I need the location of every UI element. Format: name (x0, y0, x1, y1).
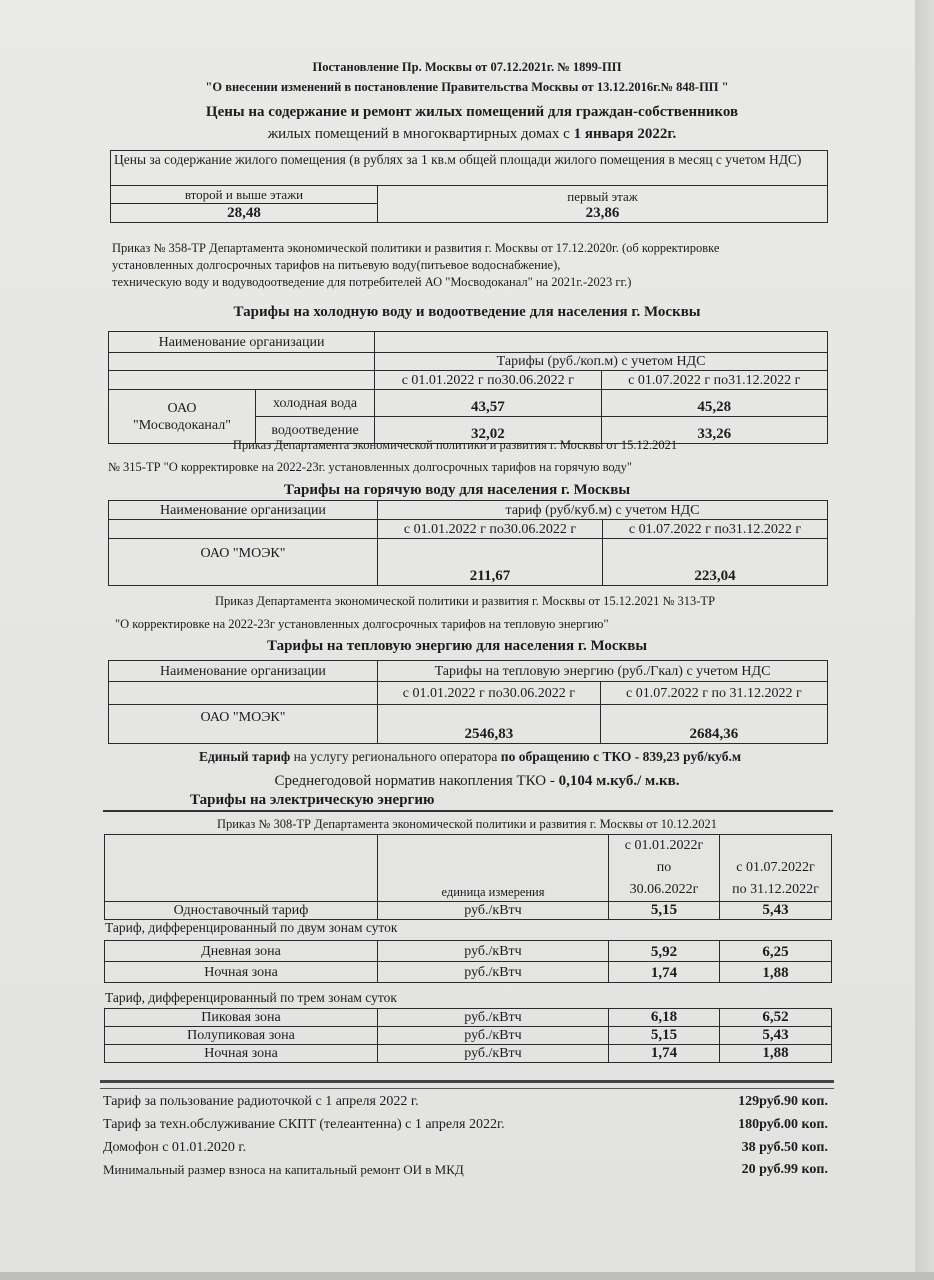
period-line: по (612, 857, 716, 879)
tko-bold: Единый тариф (199, 749, 290, 764)
zone-name: Пиковая зона (105, 1009, 378, 1027)
single-rate-value-1: 5,15 (609, 902, 720, 920)
page-bottom-edge (0, 1272, 934, 1280)
org-header: Наименование организации (109, 501, 378, 520)
other-value-antenna: 180руб.00 коп. (600, 1117, 828, 1133)
order-line: Приказ № 358-ТР Департамента экономическ… (112, 240, 832, 257)
hot-water-value-2: 223,04 (603, 539, 828, 586)
heat-order-2: "О корректировке на 2022-23г установленн… (115, 617, 835, 632)
zone-value-2: 6,52 (720, 1009, 832, 1027)
zone-value-2: 6,25 (720, 941, 832, 962)
order-line: установленных долгосрочных тарифов на пи… (112, 257, 832, 274)
empty-cell (109, 371, 375, 390)
org-name: ОАО "МОЭК" (109, 539, 378, 586)
tko-norm: Среднегодовой норматив накопления ТКО - … (110, 773, 844, 790)
period-1-header: с 01.01.2022г по 30.06.2022г (609, 835, 720, 902)
tko-norm-value: 0,104 м.куб./ м.кв. (559, 773, 680, 789)
title-date: 1 января 2022г. (574, 126, 677, 142)
single-rate-name: Одноставочный тариф (105, 902, 378, 920)
org-name: ОАО "МОЭК" (109, 705, 378, 744)
org-header: Наименование организации (109, 661, 378, 682)
zone-unit: руб./кВтч (378, 1027, 609, 1045)
tko-norm-text: Среднегодовой норматив накопления ТКО - (275, 773, 559, 789)
single-rate-unit: руб./кВтч (378, 902, 609, 920)
first-floor-value: 23,86 (381, 205, 824, 222)
org-name-line: ОАО (112, 400, 252, 417)
three-zone-table: Пиковая зона руб./кВтч 6,18 6,52 Полупик… (104, 1008, 832, 1063)
upper-floors-value: 28,48 (111, 204, 378, 223)
hot-water-title: Тарифы на горячую воду для населения г. … (90, 482, 824, 499)
electricity-table: единица измерения с 01.01.2022г по 30.06… (104, 834, 832, 920)
period-1: с 01.01.2022 г по30.06.2022 г (375, 371, 601, 390)
cold-water-value-1: 43,57 (375, 390, 601, 417)
unit-header: единица измерения (378, 835, 609, 902)
period-line: с 01.01.2022г (612, 835, 716, 857)
order-line: техническую воду и водуводоотведение для… (112, 274, 832, 291)
service-cold-water: холодная вода (256, 390, 375, 417)
other-value-intercom: 38 руб.50 коп. (600, 1140, 828, 1156)
tko-tariff: Единый тариф на услугу регионального опе… (100, 749, 840, 765)
two-zone-table: Дневная зона руб./кВтч 5,92 6,25 Ночная … (104, 940, 832, 983)
heat-value-1: 2546,83 (378, 705, 601, 744)
period-2: с 01.07.2022 г по31.12.2022 г (601, 371, 827, 390)
tariff-header (375, 332, 828, 353)
zone-value-2: 1,88 (720, 1045, 832, 1063)
single-rate-value-2: 5,43 (720, 902, 832, 920)
zone-unit: руб./кВтч (378, 962, 609, 983)
double-divider (100, 1080, 834, 1089)
tko-text: на услугу регионального оператора (290, 749, 501, 764)
maintenance-table: Цены за содержание жилого помещения (в р… (110, 150, 828, 223)
other-label-antenna: Тариф за техн.обслуживание СКПТ (телеант… (103, 1117, 505, 1133)
col-upper-floors: второй и выше этажи (111, 186, 378, 204)
other-label-intercom: Домофон с 01.01.2020 г. (103, 1140, 246, 1156)
tariff-header-text: Тарифы (руб./коп.м) с учетом НДС (375, 353, 828, 371)
zone-value-2: 1,88 (720, 962, 832, 983)
other-value-capital-repair: 20 руб.99 коп. (600, 1162, 828, 1178)
page-edge (915, 0, 934, 1280)
other-label-capital-repair: Минимальный размер взноса на капитальный… (103, 1162, 464, 1178)
col-first-floor: первый этаж 23,86 (378, 186, 828, 223)
tko-price: по обращению с ТКО - 839,23 руб/куб.м (501, 749, 741, 764)
divider (103, 810, 833, 812)
zone-value-1: 1,74 (609, 1045, 720, 1063)
title-text: жилых помещений в многоквартирных домах … (268, 126, 574, 142)
upper-floors-label: второй и выше этажи (185, 187, 303, 202)
zone-name: Полупиковая зона (105, 1027, 378, 1045)
tariff-header: Тарифы на тепловую энергию (руб./Гкал) с… (378, 661, 828, 682)
hot-water-order-1: Приказ Департамента экономической полити… (110, 438, 800, 453)
main-title: Цены на содержание и ремонт жилых помеще… (105, 104, 839, 121)
heat-title: Тарифы на тепловую энергию для населения… (90, 638, 824, 655)
period-2: с 01.07.2022 г по 31.12.2022 г (600, 682, 827, 705)
decree-line: Постановление Пр. Москвы от 07.12.2021г.… (100, 60, 834, 75)
main-title-line2: жилых помещений в многоквартирных домах … (105, 126, 839, 143)
period-line: с 01.07.2022г (723, 857, 828, 879)
hot-water-value-1: 211,67 (378, 539, 603, 586)
empty-cell (109, 353, 375, 371)
zone-value-2: 5,43 (720, 1027, 832, 1045)
hot-water-table: Наименование организации тариф (руб/куб.… (108, 500, 828, 586)
cold-water-table: Наименование организации Тарифы (руб./ко… (108, 331, 828, 444)
maintenance-caption: Цены за содержание жилого помещения (в р… (111, 151, 828, 186)
empty-cell (105, 835, 378, 902)
period-line: 30.06.2022г (612, 879, 716, 901)
tariff-header: тариф (руб/куб.м) с учетом НДС (378, 501, 828, 520)
hot-water-order-2: № 315-ТР "О корректировке на 2022-23г. у… (108, 460, 828, 475)
heat-order-1: Приказ Департамента экономической полити… (110, 594, 820, 609)
zone-value-1: 1,74 (609, 962, 720, 983)
period-1: с 01.01.2022 г по30.06.2022 г (378, 520, 603, 539)
heat-value-2: 2684,36 (600, 705, 827, 744)
cold-water-title: Тарифы на холодную воду и водоотведение … (100, 304, 834, 321)
org-name-line: "Мосводоканал" (112, 417, 252, 434)
three-zone-label: Тариф, дифференцированный по трем зонам … (105, 990, 397, 1006)
empty-cell (109, 682, 378, 705)
zone-unit: руб./кВтч (378, 1009, 609, 1027)
zone-unit: руб./кВтч (378, 941, 609, 962)
zone-name: Ночная зона (105, 962, 378, 983)
period-2: с 01.07.2022 г по31.12.2022 г (603, 520, 828, 539)
period-line: по 31.12.2022г (723, 879, 828, 901)
zone-name: Дневная зона (105, 941, 378, 962)
electricity-title: Тарифы на электрическую энергию (190, 792, 434, 809)
empty-cell (109, 520, 378, 539)
period-1: с 01.01.2022 г по30.06.2022 г (378, 682, 601, 705)
two-zone-label: Тариф, дифференцированный по двум зонам … (105, 920, 397, 936)
heat-table: Наименование организации Тарифы на тепло… (108, 660, 828, 744)
decree-subtitle: "О внесении изменений в постановление Пр… (100, 80, 834, 95)
org-header: Наименование организации (109, 332, 375, 353)
zone-value-1: 5,92 (609, 941, 720, 962)
org-name: ОАО "Мосводоканал" (109, 390, 256, 444)
cold-water-value-2: 45,28 (601, 390, 827, 417)
first-floor-label: первый этаж (381, 188, 824, 205)
other-value-radio: 129руб.90 коп. (600, 1094, 828, 1110)
zone-name: Ночная зона (105, 1045, 378, 1063)
zone-value-1: 5,15 (609, 1027, 720, 1045)
zone-unit: руб./кВтч (378, 1045, 609, 1063)
zone-value-1: 6,18 (609, 1009, 720, 1027)
period-2-header: с 01.07.2022г по 31.12.2022г (720, 835, 832, 902)
electricity-order: Приказ № 308-ТР Департамента экономическ… (100, 817, 834, 832)
other-label-radio: Тариф за пользование радиоточкой с 1 апр… (103, 1094, 419, 1110)
cold-water-order: Приказ № 358-ТР Департамента экономическ… (112, 240, 832, 291)
